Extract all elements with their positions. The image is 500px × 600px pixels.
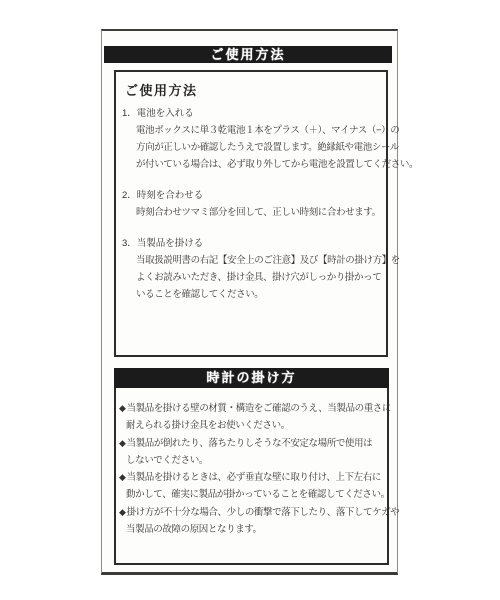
bullet-text-line: 動かして、確実に製品が掛かっていることを確認してください。 <box>119 486 383 503</box>
bullet-item: ◆掛け方が不十分な場合、少しの衝撃で落下したり、落下してケガや <box>119 504 383 521</box>
section-header-usage: ご使用方法 <box>104 46 392 63</box>
section-header-hanging: 時計の掛け方 <box>114 368 389 388</box>
item-heading: 2．時刻を合わせる <box>122 187 380 204</box>
item-text-line: 方向が正しいか確認したうえで設置します。絶縁紙や電池シール <box>122 139 380 156</box>
item-text-line: 時刻合わせツマミ部分を回して、正しい時刻に合わせます。 <box>122 204 380 221</box>
bullet-text-line: 耐えられる掛け金具をお使いください。 <box>119 417 383 434</box>
bullet-text-line: 当製品が倒れたり、落ちたりしそうな不安定な場所で使用は <box>127 438 373 449</box>
diamond-marker-icon: ◆ <box>119 472 126 482</box>
item-number: 2． <box>122 187 137 204</box>
diamond-marker-icon: ◆ <box>119 438 126 448</box>
item-title: 電池を入れる <box>137 108 194 119</box>
item-text-line: いることを確認してください。 <box>122 286 380 303</box>
item-text-line: 電池ボックスに単３乾電池１本をプラス（＋）、マイナス（−）の <box>122 122 380 139</box>
item-title: 当製品を掛ける <box>137 238 204 249</box>
bullet-text-line: 当製品の故障の原因となります。 <box>119 521 383 538</box>
item-number: 1． <box>122 105 137 122</box>
document-frame: ご使用方法 ご使用方法 1．電池を入れる 電池ボックスに単３乾電池１本をプラス（… <box>101 29 398 575</box>
bullet-item: ◆当製品が倒れたり、落ちたりしそうな不安定な場所で使用は <box>119 435 383 452</box>
bullet-text-line: 掛け方が不十分な場合、少しの衝撃で落下したり、落下してケガや <box>127 507 400 518</box>
usage-instructions-box: ご使用方法 1．電池を入れる 電池ボックスに単３乾電池１本をプラス（＋）、マイナ… <box>114 70 388 357</box>
item-title: 時刻を合わせる <box>137 190 204 201</box>
usage-box-title: ご使用方法 <box>122 80 380 99</box>
bullet-text-line: 当製品を掛ける壁の材質・構造をご確認のうえ、当製品の重さに <box>127 403 391 414</box>
item-heading: 3．当製品を掛ける <box>122 235 380 252</box>
item-heading: 1．電池を入れる <box>122 105 380 122</box>
item-text-line: よくお読みいただき、掛け金具、掛け穴がしっかり掛かって <box>122 269 380 286</box>
bullet-item: ◆当製品を掛ける壁の材質・構造をご確認のうえ、当製品の重さに <box>119 400 383 417</box>
list-item: 3．当製品を掛ける 当取扱説明書の右記【安全上のご注意】及び【時計の掛け方】を … <box>122 235 380 303</box>
diamond-marker-icon: ◆ <box>119 403 126 413</box>
list-item: 1．電池を入れる 電池ボックスに単３乾電池１本をプラス（＋）、マイナス（−）の … <box>122 105 380 173</box>
bullet-text-line: しないでください。 <box>119 452 383 469</box>
bullet-item: ◆当製品を掛けるときは、必ず垂直な壁に取り付け、上下左右に <box>119 469 383 486</box>
page: { "doc": { "colors": { "header_bg": "#1b… <box>0 0 500 600</box>
hanging-warnings-box: ◆当製品を掛ける壁の材質・構造をご確認のうえ、当製品の重さに 耐えられる掛け金具… <box>114 388 389 565</box>
list-item: 2．時刻を合わせる 時刻合わせツマミ部分を回して、正しい時刻に合わせます。 <box>122 187 380 221</box>
diamond-marker-icon: ◆ <box>119 507 126 517</box>
item-text-line: 当取扱説明書の右記【安全上のご注意】及び【時計の掛け方】を <box>122 252 380 269</box>
item-text-line: が付いている場合は、必ず取り外してから電池を設置してください。 <box>122 156 380 173</box>
bullet-text-line: 当製品を掛けるときは、必ず垂直な壁に取り付け、上下左右に <box>127 472 381 483</box>
item-number: 3． <box>122 235 137 252</box>
